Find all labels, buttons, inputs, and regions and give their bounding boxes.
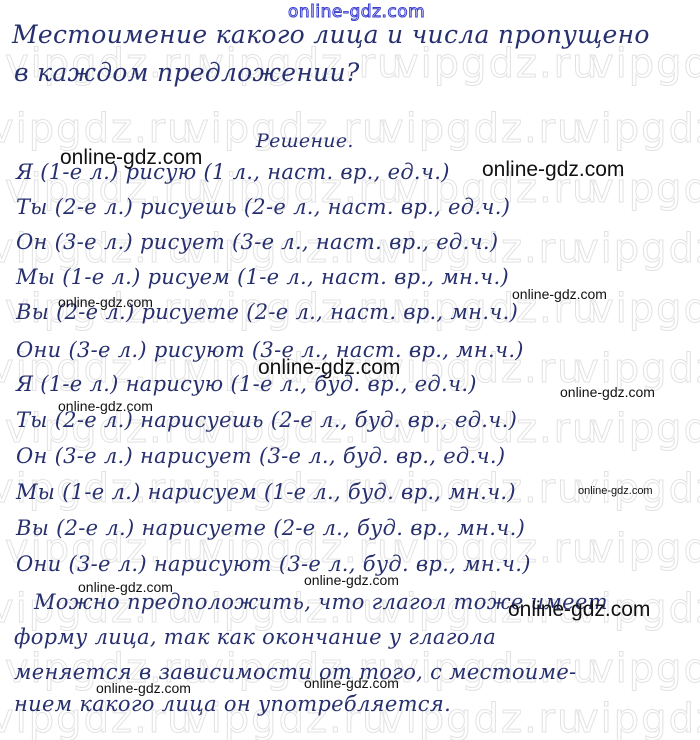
conjugation-row: Мы (1-е л.) нарисуем (1-е л., буд. вр., … <box>16 480 516 504</box>
row-person: (1-е л.) <box>33 372 118 396</box>
row-verb: рисуешь <box>133 195 237 219</box>
row-pronoun: Они <box>16 338 61 362</box>
row-person: (2-е л.) <box>48 195 133 219</box>
row-pronoun: Мы <box>16 480 55 504</box>
online-gdz-watermark: online-gdz.com <box>512 286 607 302</box>
row-pronoun: Он <box>16 444 48 468</box>
row-person: (3-е л.) <box>61 552 146 576</box>
handwritten-page: vipgdz.ruvipgdz.ruvipgdz.ruvipgdz.ruvipg… <box>0 0 700 740</box>
row-pronoun: Вы <box>16 300 49 324</box>
vipgdz-watermark: vipgdz.ru <box>590 526 700 572</box>
online-gdz-watermark: online-gdz.com <box>304 675 399 691</box>
row-pronoun: Я <box>16 372 33 396</box>
row-verb: нарисуем <box>141 480 257 504</box>
conjugation-row: Он (3-е л.) рисует (3-е л., наст. вр., е… <box>16 230 498 254</box>
question-line-1: Местоимение какого лица и числа пропущен… <box>12 20 650 49</box>
row-note: (1-е л., наст. вр., мн.ч.) <box>230 265 509 289</box>
row-note: (3-е л., наст. вр., ед.ч.) <box>225 230 498 254</box>
conjugation-row: Они (3-е л.) нарисуют (3-е л., буд. вр.,… <box>16 552 531 576</box>
row-verb: рисуют <box>147 338 245 362</box>
row-note: (2-е л., буд. вр., ед.ч.) <box>264 408 517 432</box>
row-note: (1 л., наст. вр., ед.ч.) <box>197 160 450 184</box>
conjugation-row: Мы (1-е л.) рисуем (1-е л., наст. вр., м… <box>16 265 509 289</box>
row-pronoun: Они <box>16 552 61 576</box>
row-verb: нарисуете <box>135 516 267 540</box>
conjugation-row: Он (3-е л.) нарисует (3-е л., буд. вр., … <box>16 444 505 468</box>
online-gdz-watermark: online-gdz.com <box>258 356 400 380</box>
row-pronoun: Мы <box>16 265 55 289</box>
row-verb: нарисуют <box>147 552 272 576</box>
online-gdz-watermark: online-gdz.com <box>78 579 173 595</box>
row-note: (2-е л., наст. вр., ед.ч.) <box>237 195 510 219</box>
row-pronoun: Я <box>16 160 33 184</box>
row-pronoun: Вы <box>16 516 49 540</box>
row-note: (2-е л., наст. вр., мн.ч.) <box>239 300 518 324</box>
conjugation-row: Я (1-е л.) нарисую (1-е л., буд. вр., ед… <box>16 372 477 396</box>
online-gdz-watermark: online-gdz.com <box>60 146 202 170</box>
row-verb: нарисует <box>133 444 252 468</box>
row-person: (2-е л.) <box>49 516 134 540</box>
vipgdz-watermark: vipgdz.ru <box>590 406 700 452</box>
online-gdz-watermark: online-gdz.com <box>482 158 624 182</box>
online-gdz-watermark: online-gdz.com <box>304 572 399 588</box>
conclusion-line: форму лица, так как окончание у глагола <box>14 625 496 649</box>
row-verb: нарисую <box>119 372 224 396</box>
vipgdz-watermark: vipgdz.ru <box>575 106 700 152</box>
online-gdz-watermark: online-gdz.com <box>578 485 653 497</box>
vipgdz-watermark: vipgdz.ru <box>590 646 700 692</box>
row-person: (3-е л.) <box>48 230 133 254</box>
row-note: (2-е л., буд. вр., мн.ч.) <box>266 516 525 540</box>
conjugation-row: Вы (2-е л.) нарисуете (2-е л., буд. вр.,… <box>16 516 525 540</box>
conjugation-row: Ты (2-е л.) рисуешь (2-е л., наст. вр., … <box>16 195 510 219</box>
vipgdz-watermark: vipgdz.ru <box>575 226 700 272</box>
online-gdz-watermark: online-gdz.com <box>58 294 153 310</box>
online-gdz-watermark: online-gdz.com <box>508 598 650 622</box>
row-pronoun: Ты <box>16 408 48 432</box>
top-watermark: online-gdz.com <box>288 2 425 22</box>
row-person: (3-е л.) <box>61 338 146 362</box>
row-person: (1-е л.) <box>55 480 140 504</box>
row-person: (3-е л.) <box>48 444 133 468</box>
conclusion-line: нием какого лица он употребляется. <box>14 692 451 716</box>
row-note: (3-е л., буд. вр., ед.ч.) <box>252 444 505 468</box>
row-pronoun: Он <box>16 230 48 254</box>
online-gdz-watermark: online-gdz.com <box>58 398 153 414</box>
row-pronoun: Ты <box>16 195 48 219</box>
vipgdz-watermark: vipgdz.ru <box>575 696 700 740</box>
solution-heading: Решение. <box>256 130 354 152</box>
vipgdz-watermark: vipgdz.ru <box>380 106 584 152</box>
row-verb: рисует <box>133 230 225 254</box>
row-verb: рисуем <box>141 265 231 289</box>
row-note: (1-е л., буд. вр., мн.ч.) <box>257 480 516 504</box>
online-gdz-watermark: online-gdz.com <box>560 384 655 400</box>
online-gdz-watermark: online-gdz.com <box>96 680 191 696</box>
row-person: (1-е л.) <box>55 265 140 289</box>
question-line-2: в каждом предложении? <box>14 58 360 87</box>
